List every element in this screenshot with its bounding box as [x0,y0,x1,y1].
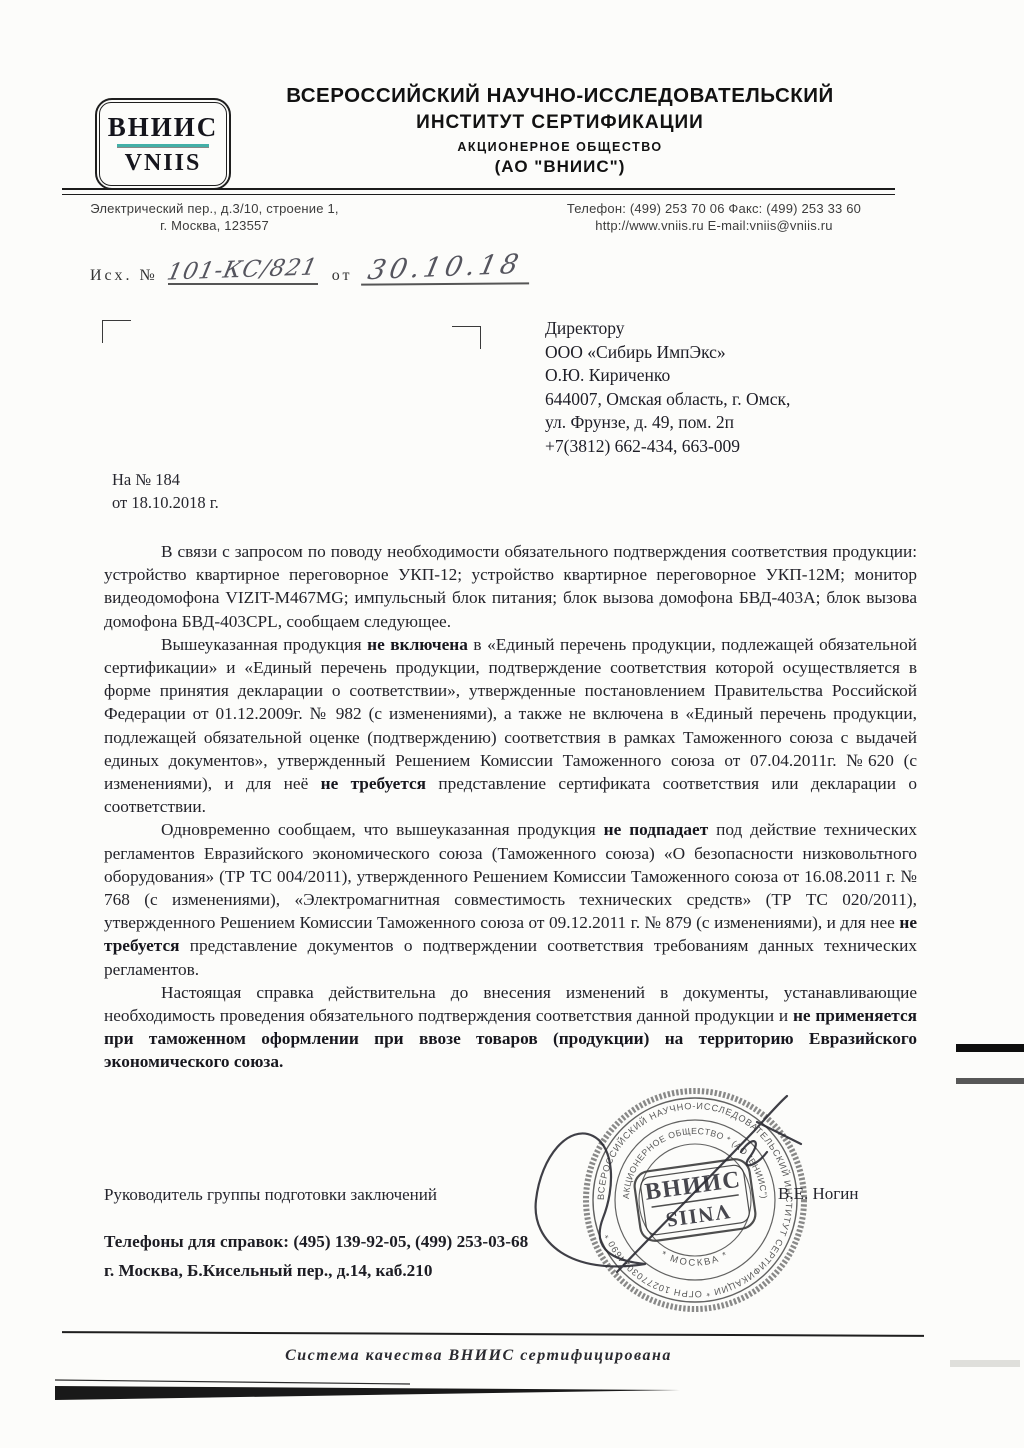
address-frame-corner-right [452,326,481,349]
vniis-logo-frame: ВНИИС VNIIS [99,102,227,186]
body-paragraph-1: В связи с запросом по поводу необходимос… [104,540,917,633]
letterhead-rule [62,188,895,195]
logo-text-en: VNIIS [125,151,202,175]
org-address-line1: Электрический пер., д.3/10, строение 1, [62,200,367,217]
quality-statement: Система качества ВНИИС сертифицирована [62,1347,895,1365]
outgoing-ref-date-field: 30.10.18 [360,251,528,285]
recipient-line: О.Ю. Кириченко [545,364,790,388]
footer-rule [62,1331,924,1337]
scan-artifact-smudge [950,1360,1020,1367]
outgoing-ref-label: Исх. № [90,267,158,284]
inquiry-address-line: г. Москва, Б.Кисельный пер., д.14, каб.2… [104,1261,432,1281]
vniis-logo: ВНИИС VNIIS [95,98,231,190]
stamp-outer-text: ВСЕРОССИЙСКИЙ НАУЧНО-ИССЛЕДОВАТЕЛЬСКИЙ И… [596,1101,794,1299]
reply-ref-number: На № 184 [112,468,219,491]
reply-ref-date: от 18.10.2018 г. [112,491,219,514]
scanned-letter-page: ВНИИС VNIIS ВСЕРОССИЙСКИЙ НАУЧНО-ИССЛЕДО… [0,0,1024,1448]
org-postal-address: Электрический пер., д.3/10, строение 1, … [62,200,367,234]
stamp-rings [586,1091,804,1309]
outgoing-ref-row: Исх. № 101-КС/821 от 30.10.18 [90,252,560,298]
logo-divider [117,144,209,147]
recipient-block: Директору ООО «Сибирь ИмпЭкс» О.Ю. Кирич… [545,317,790,458]
org-header: ВСЕРОССИЙСКИЙ НАУЧНО-ИССЛЕДОВАТЕЛЬСКИЙ И… [270,84,850,177]
org-phone-web: Телефон: (499) 253 70 06 Факс: (499) 253… [528,200,900,234]
stamp-center-ru: ВНИИС [643,1167,743,1206]
handwritten-ref-date: 30.10.18 [365,249,525,286]
recipient-line: +7(3812) 662-434, 663-009 [545,435,790,459]
svg-text:АКЦИОНЕРНОЕ ОБЩЕСТВО * (АО "ВН: АКЦИОНЕРНОЕ ОБЩЕСТВО * (АО "ВНИИС") [621,1126,769,1199]
body-text-segment: Вышеуказанная продукция [161,635,367,654]
body-bold-segment: не подпадает [604,820,709,839]
stamp-center-en: VNIIS [663,1199,732,1232]
address-frame-corner-left [102,320,131,343]
recipient-line: Директору [545,317,790,341]
org-web-line: http://www.vniis.ru E-mail:vniis@vniis.r… [528,217,900,234]
official-stamp: ВСЕРОССИЙСКИЙ НАУЧНО-ИССЛЕДОВАТЕЛЬСКИЙ И… [505,1058,865,1358]
body-paragraph-3: Одновременно сообщаем, что вышеуказанная… [104,818,917,980]
recipient-line: ул. Фрунзе, д. 49, пом. 2п [545,411,790,435]
org-type-line: АКЦИОНЕРНОЕ ОБЩЕСТВО [270,140,850,154]
inquiry-phones-line: Телефоны для справок: (495) 139-92-05, (… [104,1232,528,1252]
scan-artifact-bar [956,1044,1024,1052]
recipient-line: ООО «Сибирь ИмпЭкс» [545,341,790,365]
stamp-bottom-text: * МОСКВА * [659,1249,731,1269]
ot-label: от [332,267,353,284]
body-text-segment: Одновременно сообщаем, что вышеуказанная… [161,820,604,839]
recipient-line: 644007, Омская область, г. Омск, [545,388,790,412]
signatory-name: В.Е. Ногин [778,1184,858,1204]
body-text-segment: В связи с запросом по поводу необходимос… [104,542,917,631]
body-bold-segment: не включена [367,635,468,654]
reply-ref-block: На № 184 от 18.10.2018 г. [112,468,219,514]
outgoing-ref-number-field: 101-КС/821 [168,257,318,285]
org-phone-line: Телефон: (499) 253 70 06 Факс: (499) 253… [528,200,900,217]
handwritten-ref-number: 101-КС/821 [165,254,320,285]
body-text-segment: представление документов о подтверждении… [104,936,917,978]
svg-text:* МОСКВА *: * МОСКВА * [659,1249,731,1269]
signatory-position: Руководитель группы подготовки заключени… [104,1185,437,1205]
letter-body: В связи с запросом по поводу необходимос… [104,540,917,1074]
scan-artifact-bar [956,1078,1024,1084]
org-abbrev-line: (АО "ВНИИС") [270,157,850,177]
stamp-inner-text: АКЦИОНЕРНОЕ ОБЩЕСТВО * (АО "ВНИИС") [621,1126,769,1199]
scan-artifact-wedge [50,1376,710,1406]
org-name-line1: ВСЕРОССИЙСКИЙ НАУЧНО-ИССЛЕДОВАТЕЛЬСКИЙ [270,84,850,108]
org-name-line2: ИНСТИТУТ СЕРТИФИКАЦИИ [270,112,850,134]
body-paragraph-4: Настоящая справка действительна до внесе… [104,981,917,1074]
signature-scribble [536,1096,801,1272]
body-paragraph-2: Вышеуказанная продукция не включена в «Е… [104,633,917,819]
org-address-line2: г. Москва, 123557 [62,217,367,234]
stamp-center-box [633,1157,758,1242]
svg-text:ВСЕРОССИЙСКИЙ НАУЧНО-ИССЛЕДОВА: ВСЕРОССИЙСКИЙ НАУЧНО-ИССЛЕДОВАТЕЛЬСКИЙ И… [596,1101,794,1299]
body-bold-segment: не требуется [321,774,426,793]
logo-text-ru: ВНИИС [108,114,219,141]
body-text-segment: в «Единый перечень продукции, подлежащей… [104,635,917,793]
